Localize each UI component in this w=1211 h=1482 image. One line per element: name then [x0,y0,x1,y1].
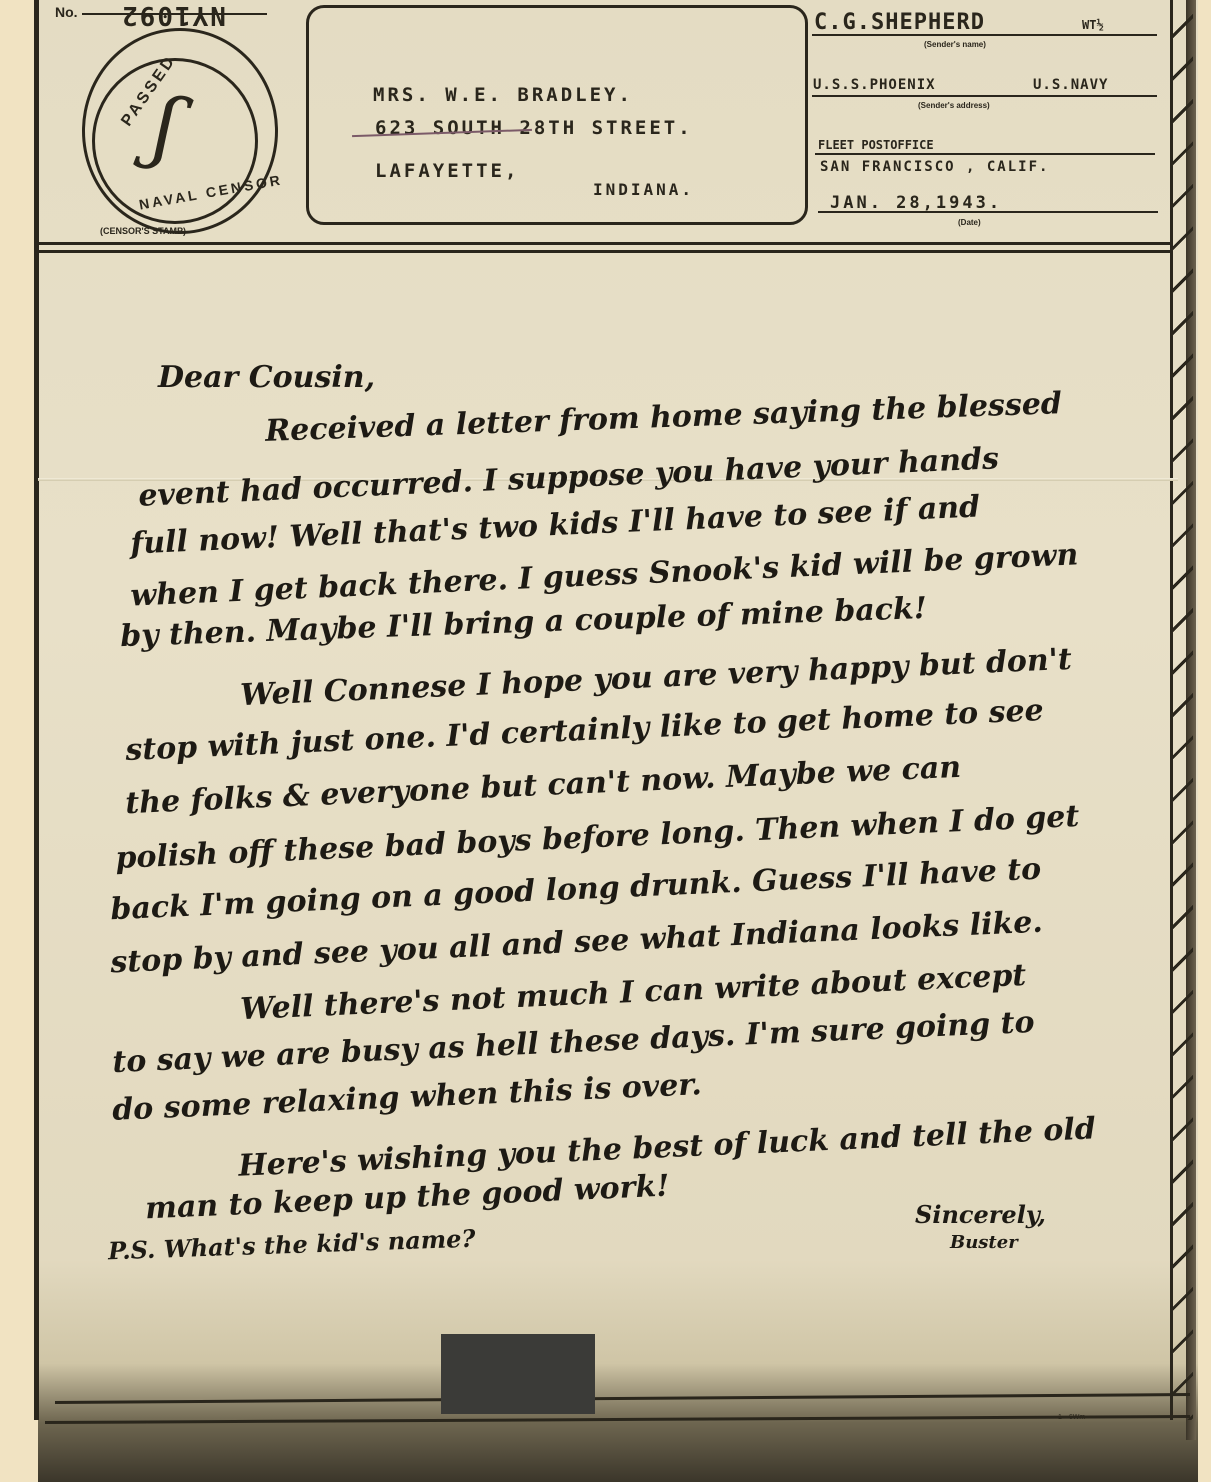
redaction-block [441,1334,595,1414]
postoffice-city: SAN FRANCISCO , CALIF. [820,159,1049,175]
recipient-street: 623 SOUTH 28TH STREET. [375,117,693,139]
recipient-address-box [306,5,808,225]
stamp-number: NY1092 [120,0,226,30]
header-divider-top [38,242,1170,245]
date-caption: (Date) [958,218,981,227]
sender-rating: WT½ [1082,18,1104,32]
closing: Sincerely, [915,1200,1046,1229]
signature: Buster [950,1232,1018,1253]
stamp-number-label: No. [55,4,78,20]
recipient-state: INDIANA. [593,180,694,199]
sender-branch: U.S.NAVY [1033,77,1108,93]
date-rule [818,211,1158,213]
letter-date: JAN. 28,1943. [830,193,1002,213]
printer-mark: 1—6Wm [1058,1414,1085,1421]
left-border-rule [34,0,39,1420]
postoffice-rule [815,153,1155,155]
stamp-caption: (CENSOR'S STAMP) [100,226,186,236]
sender-name-caption: (Sender's name) [924,40,986,49]
sender-ship: U.S.S.PHOENIX [813,77,936,93]
sender-name: C.G.SHEPHERD [814,10,985,35]
sender-address-rule [812,95,1157,97]
salutation: Dear Cousin, [158,360,375,395]
right-hatched-border [1170,0,1193,1420]
recipient-city: LAFAYETTE, [375,160,519,182]
sender-address-caption: (Sender's address) [918,101,990,110]
recipient-name: MRS. W.E. BRADLEY. [373,84,633,106]
sender-name-rule [812,34,1157,36]
fleet-postoffice: FLEET POSTOFFICE [818,138,934,152]
header-divider-bottom [38,250,1170,253]
